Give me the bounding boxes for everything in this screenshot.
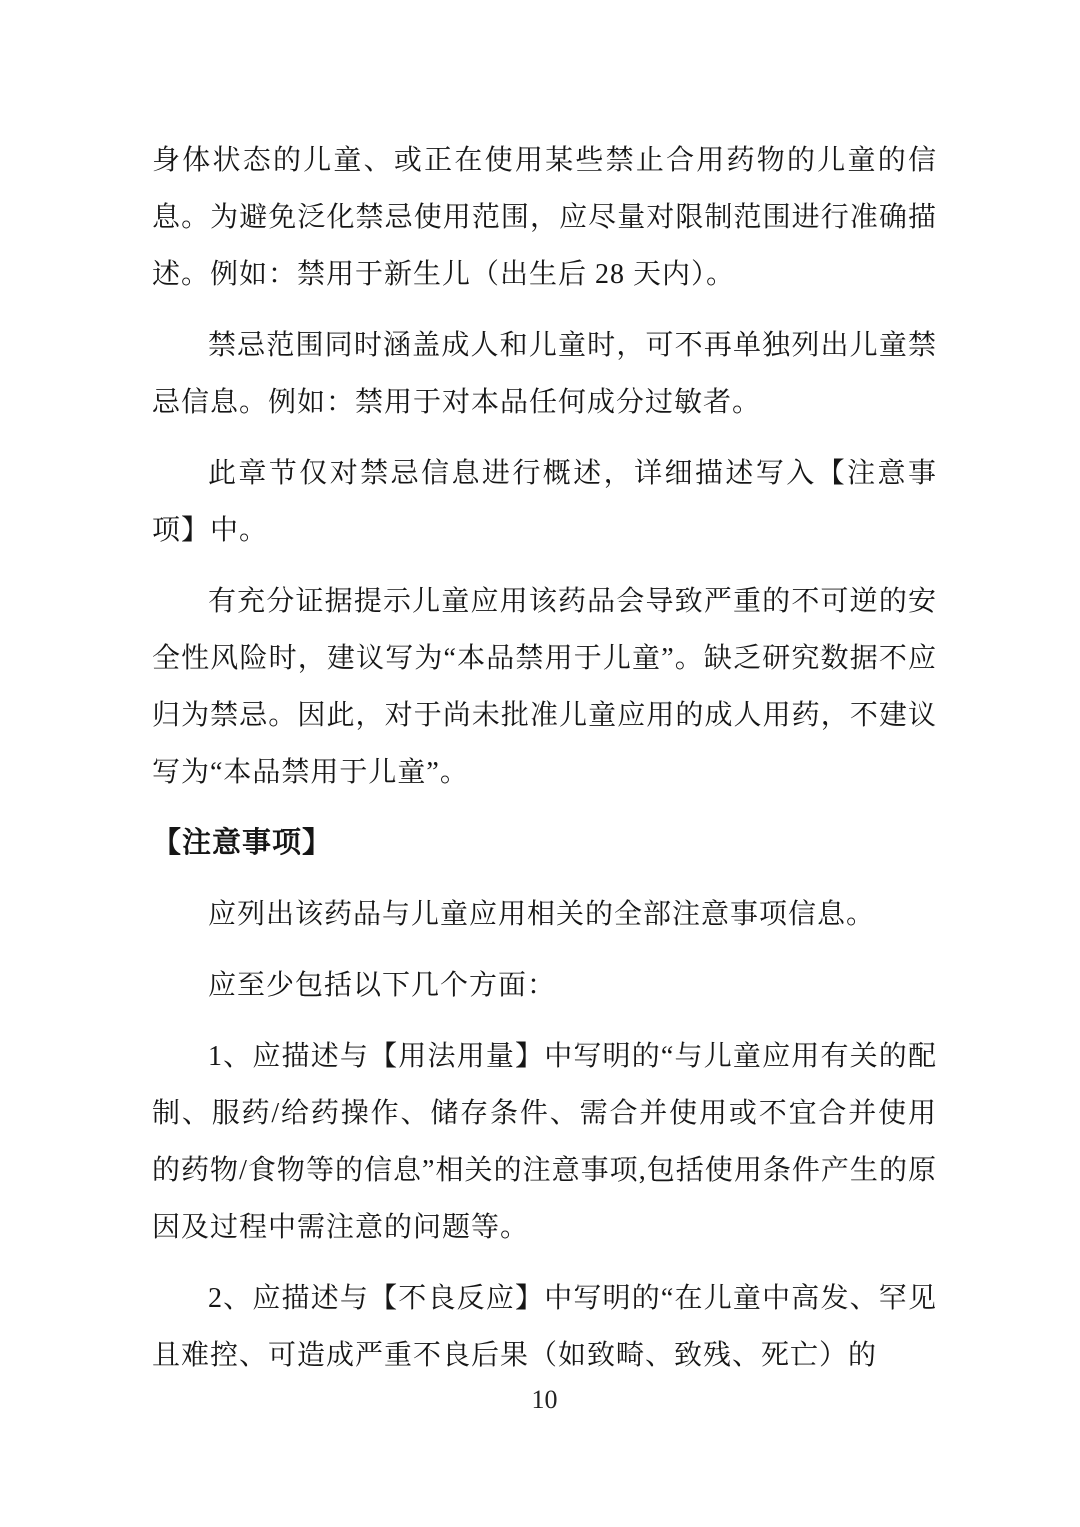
page-number: 10: [152, 1380, 937, 1420]
paragraph-evidence-risk: 有充分证据提示儿童应用该药品会导致严重的不可逆的安全性风险时，建议写为“本品禁用…: [152, 573, 937, 801]
paragraph-precautions-aspects-intro: 应至少包括以下几个方面：: [152, 957, 937, 1014]
document-page: 身体状态的儿童、或正在使用某些禁止合用药物的儿童的信息。为避免泛化禁忌使用范围，…: [0, 0, 1080, 1527]
paragraph-section-overview: 此章节仅对禁忌信息进行概述，详细描述写入【注意事项】中。: [152, 445, 937, 559]
section-heading-precautions: 【注意事项】: [152, 815, 937, 872]
paragraph-item-2-adverse-reactions: 2、应描述与【不良反应】中写明的“在儿童中高发、罕见且难控、可造成严重不良后果（…: [152, 1270, 937, 1384]
paragraph-contraindication-scope: 身体状态的儿童、或正在使用某些禁止合用药物的儿童的信息。为避免泛化禁忌使用范围，…: [152, 132, 937, 303]
paragraph-contraindication-adult-child: 禁忌范围同时涵盖成人和儿童时，可不再单独列出儿童禁忌信息。例如：禁用于对本品任何…: [152, 317, 937, 431]
paragraph-item-1-dosage: 1、应描述与【用法用量】中写明的“与儿童应用有关的配制、服药/给药操作、储存条件…: [152, 1028, 937, 1256]
paragraph-precautions-list-intro: 应列出该药品与儿童应用相关的全部注意事项信息。: [152, 886, 937, 943]
